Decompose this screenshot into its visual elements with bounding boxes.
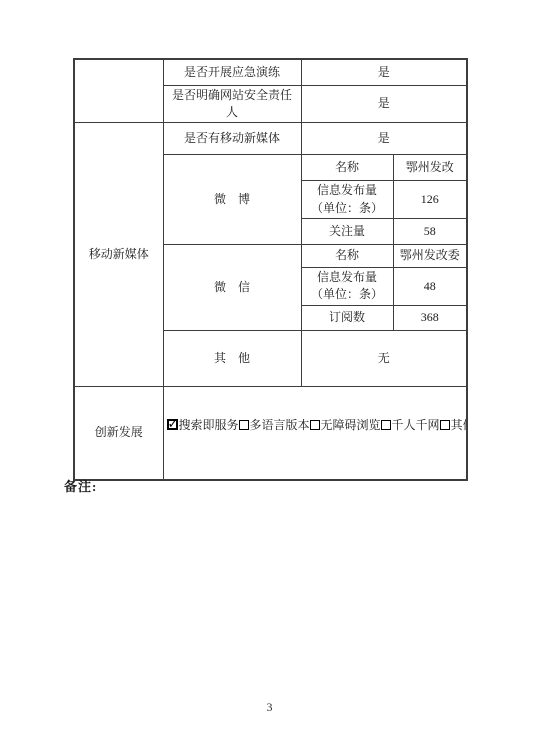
value-weibo-posts: 126: [393, 181, 467, 219]
label-security-officer: 是否明确网站安全责任人: [163, 85, 301, 123]
option-multilingual: 多语言版本: [239, 418, 310, 432]
table-row: 创新发展 搜索即服务多语言版本无障碍浏览千人千网其他: [74, 386, 467, 480]
value-wechat-posts: 48: [393, 268, 467, 306]
option-label: 其他: [451, 418, 467, 432]
label-weibo-name: 名称: [301, 155, 393, 181]
checkbox-accessibility-icon: [310, 420, 320, 430]
category-mobile-media: 移动新媒体: [74, 123, 163, 387]
value-weibo-followers: 58: [393, 219, 467, 245]
innovation-options-cell: 搜索即服务多语言版本无障碍浏览千人千网其他: [163, 386, 467, 480]
value-other: 无: [301, 330, 467, 386]
annual-report-table: 是否开展应急演练 是 是否明确网站安全责任人 是 移动新媒体 是否有移动新媒体 …: [73, 58, 468, 481]
value-has-mobile-media: 是: [301, 123, 467, 155]
category-innovation: 创新发展: [74, 386, 163, 480]
value-security-officer: 是: [301, 85, 467, 123]
value-wechat-name: 鄂州发改委: [393, 245, 467, 268]
option-label: 搜索即服务: [179, 418, 239, 432]
checkbox-search-as-service-icon: [167, 419, 178, 430]
label-wechat-name: 名称: [301, 245, 393, 268]
label-wechat-subscribers: 订阅数: [301, 305, 393, 330]
page-number: 3: [0, 700, 539, 715]
label-wechat-posts: 信息发布量 （单位：条）: [301, 268, 393, 306]
option-accessibility: 无障碍浏览: [310, 418, 381, 432]
label-has-mobile-media: 是否有移动新媒体: [163, 123, 301, 155]
label-emergency-drill: 是否开展应急演练: [163, 59, 301, 85]
option-label: 无障碍浏览: [321, 418, 381, 432]
remarks-label: 备注:: [64, 476, 97, 495]
checkbox-personalized-icon: [381, 420, 391, 430]
innovation-options: 搜索即服务多语言版本无障碍浏览千人千网其他: [167, 417, 464, 434]
option-label: 多语言版本: [250, 418, 310, 432]
option-search-as-service: 搜索即服务: [167, 418, 239, 432]
table-row: 是否开展应急演练 是: [74, 59, 467, 85]
value-emergency-drill: 是: [301, 59, 467, 85]
rowheader-weibo: 微 博: [163, 155, 301, 245]
option-other: 其他: [440, 418, 467, 432]
option-label: 千人千网: [392, 418, 440, 432]
rowheader-other: 其 他: [163, 330, 301, 386]
rowheader-wechat: 微 信: [163, 245, 301, 331]
option-personalized: 千人千网: [381, 418, 440, 432]
value-weibo-name: 鄂州发改: [393, 155, 467, 181]
value-wechat-subscribers: 368: [393, 305, 467, 330]
label-weibo-followers: 关注量: [301, 219, 393, 245]
table-row: 移动新媒体 是否有移动新媒体 是: [74, 123, 467, 155]
checkbox-other-icon: [440, 420, 450, 430]
label-weibo-posts: 信息发布量 （单位：条）: [301, 181, 393, 219]
checkbox-multilingual-icon: [239, 420, 249, 430]
category-cell-empty: [74, 59, 163, 123]
